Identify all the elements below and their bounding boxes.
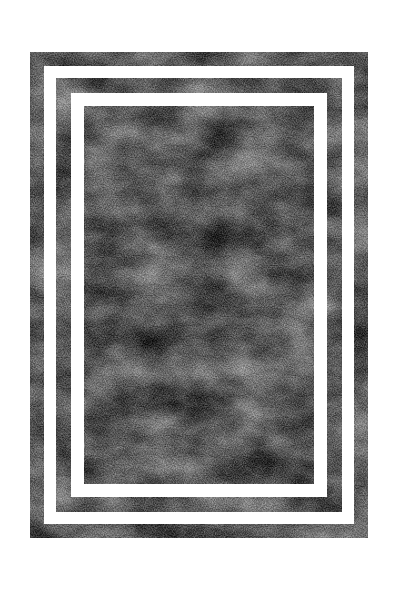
rug-illustration — [0, 0, 400, 600]
product-photo-canvas — [0, 0, 400, 600]
rug-field — [84, 106, 314, 484]
rug-product-image — [0, 0, 400, 600]
